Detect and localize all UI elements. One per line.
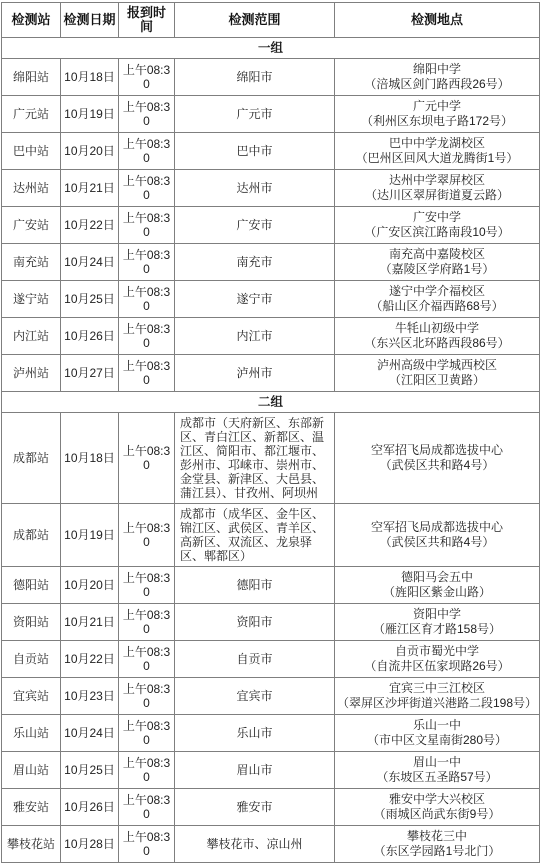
- location-cell: 雅安中学大兴校区（雨城区尚武东街9号）: [335, 789, 540, 826]
- location-name: 眉山一中: [337, 755, 537, 770]
- station-cell: 遂宁站: [2, 281, 61, 318]
- group-label: 二组: [2, 392, 540, 413]
- location-address: （东坡区五圣路57号）: [337, 770, 537, 785]
- table-row: 遂宁站10月25日上午08:30遂宁市遂宁中学介福校区（船山区介福西路68号）: [2, 281, 540, 318]
- station-cell: 达州站: [2, 170, 61, 207]
- date-cell: 10月19日: [61, 504, 119, 567]
- table-row: 南充站10月24日上午08:30南充市南充高中嘉陵校区（嘉陵区学府路1号）: [2, 244, 540, 281]
- schedule-table: 检测站 检测日期 报到时间 检测范围 检测地点 一组绵阳站10月18日上午08:…: [1, 2, 540, 863]
- column-header-location: 检测地点: [335, 3, 540, 38]
- time-cell: 上午08:30: [119, 244, 175, 281]
- location-cell: 宜宾三中三江校区（翠屏区沙坪街道兴港路二段198号）: [335, 678, 540, 715]
- column-header-date: 检测日期: [61, 3, 119, 38]
- location-cell: 攀枝花三中（东区学园路1号北门）: [335, 826, 540, 863]
- location-address: （嘉陵区学府路1号）: [337, 262, 537, 277]
- scope-cell: 南充市: [175, 244, 335, 281]
- station-cell: 雅安站: [2, 789, 61, 826]
- location-cell: 广安中学（广安区滨江路南段10号）: [335, 207, 540, 244]
- table-row: 资阳站10月21日上午08:30资阳市资阳中学（雁江区育才路158号）: [2, 604, 540, 641]
- header-row: 检测站 检测日期 报到时间 检测范围 检测地点: [2, 3, 540, 38]
- date-cell: 10月21日: [61, 170, 119, 207]
- date-cell: 10月24日: [61, 715, 119, 752]
- table-row: 自贡站10月22日上午08:30自贡市自贡市蜀光中学（自流井区伍家坝路26号）: [2, 641, 540, 678]
- time-cell: 上午08:30: [119, 281, 175, 318]
- date-cell: 10月26日: [61, 318, 119, 355]
- station-cell: 乐山站: [2, 715, 61, 752]
- location-address: （武侯区共和路4号）: [337, 535, 537, 550]
- location-cell: 牛牦山初级中学（东兴区北环路西段86号）: [335, 318, 540, 355]
- time-cell: 上午08:30: [119, 752, 175, 789]
- table-row: 成都站10月19日上午08:30成都市（成华区、金牛区、锦江区、武侯区、青羊区、…: [2, 504, 540, 567]
- date-cell: 10月25日: [61, 281, 119, 318]
- station-cell: 资阳站: [2, 604, 61, 641]
- date-cell: 10月21日: [61, 604, 119, 641]
- group-label: 一组: [2, 38, 540, 59]
- location-name: 泸州高级中学城西校区: [337, 358, 537, 373]
- location-address: （自流井区伍家坝路26号）: [337, 659, 537, 674]
- location-cell: 泸州高级中学城西校区（江阳区卫黄路）: [335, 355, 540, 392]
- table-row: 广安站10月22日上午08:30广安市广安中学（广安区滨江路南段10号）: [2, 207, 540, 244]
- location-name: 南充高中嘉陵校区: [337, 247, 537, 262]
- location-address: （武侯区共和路4号）: [337, 458, 537, 473]
- time-cell: 上午08:30: [119, 641, 175, 678]
- scope-cell: 德阳市: [175, 567, 335, 604]
- date-cell: 10月22日: [61, 641, 119, 678]
- scope-cell: 巴中市: [175, 133, 335, 170]
- date-cell: 10月22日: [61, 207, 119, 244]
- date-cell: 10月24日: [61, 244, 119, 281]
- date-cell: 10月20日: [61, 133, 119, 170]
- scope-cell: 自贡市: [175, 641, 335, 678]
- location-cell: 绵阳中学（涪城区剑门路西段26号）: [335, 59, 540, 96]
- location-cell: 达州中学翠屏校区（达川区翠屏街道夏云路）: [335, 170, 540, 207]
- time-cell: 上午08:30: [119, 59, 175, 96]
- station-cell: 南充站: [2, 244, 61, 281]
- location-address: （船山区介福西路68号）: [337, 299, 537, 314]
- scope-cell: 遂宁市: [175, 281, 335, 318]
- location-address: （翠屏区沙坪街道兴港路二段198号）: [337, 696, 537, 711]
- location-address: （广安区滨江路南段10号）: [337, 225, 537, 240]
- station-cell: 绵阳站: [2, 59, 61, 96]
- scope-cell: 乐山市: [175, 715, 335, 752]
- location-cell: 德阳马会五中（旌阳区紫金山路）: [335, 567, 540, 604]
- location-cell: 眉山一中（东坡区五圣路57号）: [335, 752, 540, 789]
- column-header-scope: 检测范围: [175, 3, 335, 38]
- location-cell: 巴中中学龙湖校区（巴州区回风大道龙腾街1号）: [335, 133, 540, 170]
- location-cell: 遂宁中学介福校区（船山区介福西路68号）: [335, 281, 540, 318]
- scope-cell: 成都市（天府新区、东部新区、青白江区、新都区、温江区、简阳市、都江堰市、彭州市、…: [175, 413, 335, 504]
- station-cell: 成都站: [2, 504, 61, 567]
- station-cell: 自贡站: [2, 641, 61, 678]
- column-header-station: 检测站: [2, 3, 61, 38]
- scope-cell: 内江市: [175, 318, 335, 355]
- date-cell: 10月28日: [61, 826, 119, 863]
- time-cell: 上午08:30: [119, 789, 175, 826]
- location-address: （东兴区北环路西段86号）: [337, 336, 537, 351]
- time-cell: 上午08:30: [119, 355, 175, 392]
- station-cell: 成都站: [2, 413, 61, 504]
- date-cell: 10月18日: [61, 59, 119, 96]
- time-cell: 上午08:30: [119, 207, 175, 244]
- location-name: 空军招飞局成都选拔中心: [337, 443, 537, 458]
- scope-cell: 攀枝花市、凉山州: [175, 826, 335, 863]
- location-name: 宜宾三中三江校区: [337, 681, 537, 696]
- location-address: （雨城区尚武东街9号）: [337, 807, 537, 822]
- location-address: （市中区文星南街280号）: [337, 733, 537, 748]
- date-cell: 10月23日: [61, 678, 119, 715]
- date-cell: 10月19日: [61, 96, 119, 133]
- date-cell: 10月27日: [61, 355, 119, 392]
- station-cell: 宜宾站: [2, 678, 61, 715]
- table-row: 乐山站10月24日上午08:30乐山市乐山一中（市中区文星南街280号）: [2, 715, 540, 752]
- scope-cell: 广元市: [175, 96, 335, 133]
- station-cell: 德阳站: [2, 567, 61, 604]
- time-cell: 上午08:30: [119, 504, 175, 567]
- location-name: 雅安中学大兴校区: [337, 792, 537, 807]
- location-address: （江阳区卫黄路）: [337, 373, 537, 388]
- location-name: 德阳马会五中: [337, 570, 537, 585]
- scope-cell: 广安市: [175, 207, 335, 244]
- location-name: 攀枝花三中: [337, 829, 537, 844]
- scope-cell: 眉山市: [175, 752, 335, 789]
- location-cell: 广元中学（利州区东坝电子路172号）: [335, 96, 540, 133]
- location-name: 巴中中学龙湖校区: [337, 136, 537, 151]
- station-cell: 内江站: [2, 318, 61, 355]
- table-row: 攀枝花站10月28日上午08:30攀枝花市、凉山州攀枝花三中（东区学园路1号北门…: [2, 826, 540, 863]
- location-address: （巴州区回风大道龙腾街1号）: [337, 151, 537, 166]
- location-name: 绵阳中学: [337, 62, 537, 77]
- table-row: 绵阳站10月18日上午08:30绵阳市绵阳中学（涪城区剑门路西段26号）: [2, 59, 540, 96]
- table-row: 广元站10月19日上午08:30广元市广元中学（利州区东坝电子路172号）: [2, 96, 540, 133]
- table-body: 一组绵阳站10月18日上午08:30绵阳市绵阳中学（涪城区剑门路西段26号）广元…: [2, 38, 540, 863]
- location-name: 广元中学: [337, 99, 537, 114]
- time-cell: 上午08:30: [119, 715, 175, 752]
- date-cell: 10月25日: [61, 752, 119, 789]
- time-cell: 上午08:30: [119, 604, 175, 641]
- time-cell: 上午08:30: [119, 318, 175, 355]
- location-address: （利州区东坝电子路172号）: [337, 114, 537, 129]
- location-name: 遂宁中学介福校区: [337, 284, 537, 299]
- table-row: 泸州站10月27日上午08:30泸州市泸州高级中学城西校区（江阳区卫黄路）: [2, 355, 540, 392]
- time-cell: 上午08:30: [119, 567, 175, 604]
- location-address: （雁江区育才路158号）: [337, 622, 537, 637]
- station-cell: 泸州站: [2, 355, 61, 392]
- group-header-row: 一组: [2, 38, 540, 59]
- location-cell: 乐山一中（市中区文星南街280号）: [335, 715, 540, 752]
- location-cell: 南充高中嘉陵校区（嘉陵区学府路1号）: [335, 244, 540, 281]
- date-cell: 10月18日: [61, 413, 119, 504]
- scope-cell: 达州市: [175, 170, 335, 207]
- location-name: 自贡市蜀光中学: [337, 644, 537, 659]
- time-cell: 上午08:30: [119, 826, 175, 863]
- date-cell: 10月20日: [61, 567, 119, 604]
- table-row: 内江站10月26日上午08:30内江市牛牦山初级中学（东兴区北环路西段86号）: [2, 318, 540, 355]
- station-cell: 广元站: [2, 96, 61, 133]
- table-row: 雅安站10月26日上午08:30雅安市雅安中学大兴校区（雨城区尚武东街9号）: [2, 789, 540, 826]
- table-row: 达州站10月21日上午08:30达州市达州中学翠屏校区（达川区翠屏街道夏云路）: [2, 170, 540, 207]
- time-cell: 上午08:30: [119, 413, 175, 504]
- schedule-page: 检测站 检测日期 报到时间 检测范围 检测地点 一组绵阳站10月18日上午08:…: [0, 0, 540, 865]
- table-row: 德阳站10月20日上午08:30德阳市德阳马会五中（旌阳区紫金山路）: [2, 567, 540, 604]
- time-cell: 上午08:30: [119, 96, 175, 133]
- time-cell: 上午08:30: [119, 678, 175, 715]
- station-cell: 巴中站: [2, 133, 61, 170]
- time-cell: 上午08:30: [119, 133, 175, 170]
- scope-cell: 绵阳市: [175, 59, 335, 96]
- table-row: 成都站10月18日上午08:30成都市（天府新区、东部新区、青白江区、新都区、温…: [2, 413, 540, 504]
- location-name: 广安中学: [337, 210, 537, 225]
- location-name: 乐山一中: [337, 718, 537, 733]
- location-address: （东区学园路1号北门）: [337, 844, 537, 859]
- table-row: 宜宾站10月23日上午08:30宜宾市宜宾三中三江校区（翠屏区沙坪街道兴港路二段…: [2, 678, 540, 715]
- time-cell: 上午08:30: [119, 170, 175, 207]
- location-name: 达州中学翠屏校区: [337, 173, 537, 188]
- station-cell: 攀枝花站: [2, 826, 61, 863]
- table-row: 眉山站10月25日上午08:30眉山市眉山一中（东坡区五圣路57号）: [2, 752, 540, 789]
- location-name: 资阳中学: [337, 607, 537, 622]
- group-header-row: 二组: [2, 392, 540, 413]
- date-cell: 10月26日: [61, 789, 119, 826]
- station-cell: 眉山站: [2, 752, 61, 789]
- scope-cell: 泸州市: [175, 355, 335, 392]
- scope-cell: 宜宾市: [175, 678, 335, 715]
- scope-cell: 资阳市: [175, 604, 335, 641]
- location-cell: 空军招飞局成都选拔中心（武侯区共和路4号）: [335, 413, 540, 504]
- scope-cell: 成都市（成华区、金牛区、锦江区、武侯区、青羊区、高新区、双流区、龙泉驿区、郫都区…: [175, 504, 335, 567]
- scope-cell: 雅安市: [175, 789, 335, 826]
- location-name: 空军招飞局成都选拔中心: [337, 520, 537, 535]
- location-cell: 空军招飞局成都选拔中心（武侯区共和路4号）: [335, 504, 540, 567]
- column-header-time: 报到时间: [119, 3, 175, 38]
- location-cell: 资阳中学（雁江区育才路158号）: [335, 604, 540, 641]
- station-cell: 广安站: [2, 207, 61, 244]
- location-address: （涪城区剑门路西段26号）: [337, 77, 537, 92]
- location-name: 牛牦山初级中学: [337, 321, 537, 336]
- location-cell: 自贡市蜀光中学（自流井区伍家坝路26号）: [335, 641, 540, 678]
- table-row: 巴中站10月20日上午08:30巴中市巴中中学龙湖校区（巴州区回风大道龙腾街1号…: [2, 133, 540, 170]
- location-address: （旌阳区紫金山路）: [337, 585, 537, 600]
- location-address: （达川区翠屏街道夏云路）: [337, 188, 537, 203]
